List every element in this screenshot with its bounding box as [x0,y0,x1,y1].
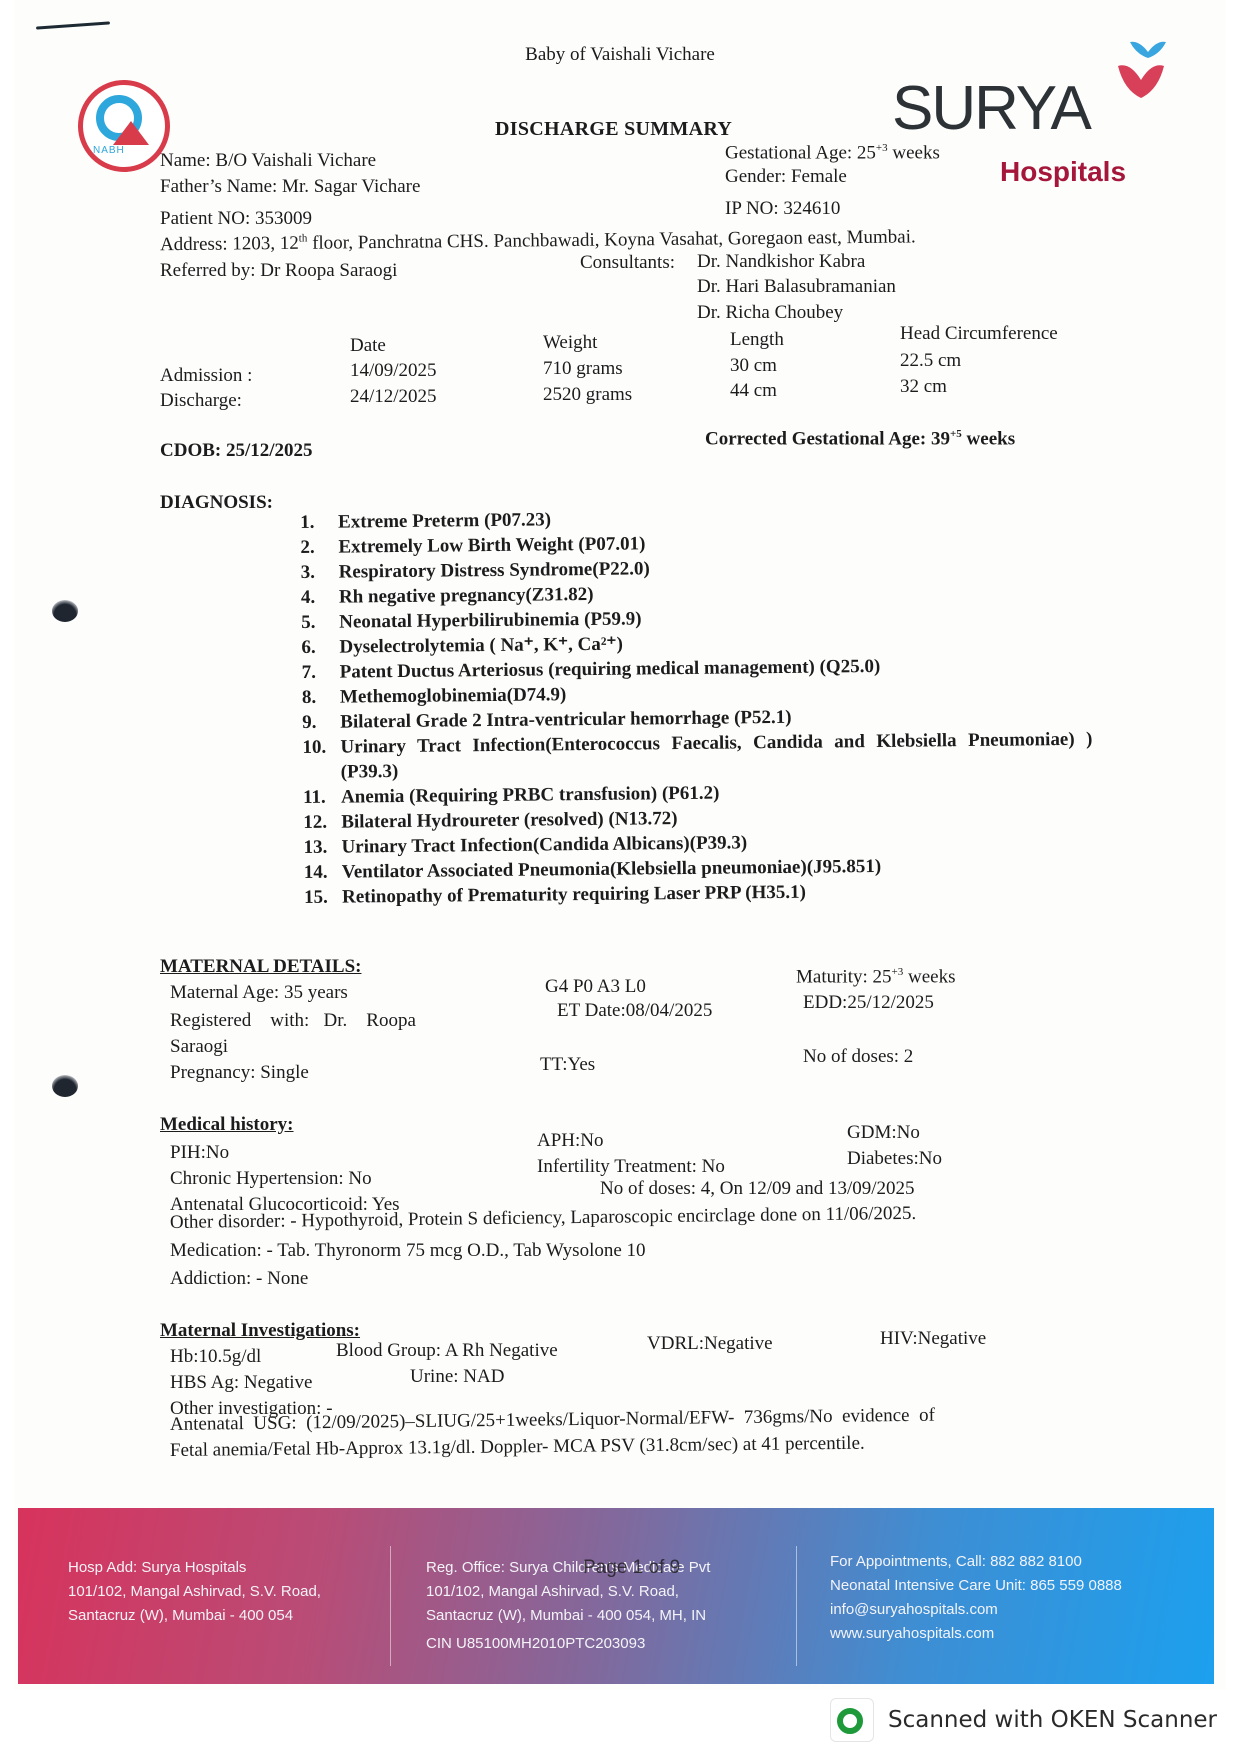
diagnosis-text: Patent Ductus Arteriosus (requiring medi… [340,656,881,683]
oken-scanner-logo-icon [830,1698,874,1742]
infertility-treatment: Infertility Treatment: No [537,1156,725,1178]
maturity: Maturity: 25+3 weeks [796,966,955,988]
diagnosis-text: Ventilator Associated Pneumonia(Klebsiel… [342,856,882,883]
diagnosis-text: Anemia (Requiring PRBC transfusion) (P61… [341,783,720,808]
maternal-investigations-title: Maternal Investigations: [160,1320,360,1342]
medication: Medication: - Tab. Thyronorm 75 mcg O.D.… [170,1240,646,1262]
blood-group: Blood Group: A Rh Negative [336,1340,558,1362]
admission-label: Admission : [160,365,252,387]
gender: Gender: Female [725,166,847,188]
gpal: G4 P0 A3 L0 [545,976,646,998]
diagnosis-number: 3. [301,560,316,585]
urine: Urine: NAD [410,1366,504,1388]
hiv: HIV:Negative [880,1328,986,1350]
registered-with: Registered with: Dr. Roopa [170,1010,416,1032]
hospital-address: Hosp Add: Surya Hospitals101/102, Mangal… [68,1556,321,1628]
col-header-length: Length [730,329,784,351]
aph: APH:No [537,1130,604,1152]
diagnosis-text: Respiratory Distress Syndrome(P22.0) [339,558,650,582]
surya-logo-subtext: Hospitals [1000,156,1126,188]
discharge-label: Discharge: [160,390,242,412]
diagnosis-number: 10. [302,735,326,760]
diagnosis-text: Bilateral Hydroureter (resolved) (N13.72… [341,808,678,833]
diagnosis-list: 1.Extreme Preterm (P07.23)2.Extremely Lo… [300,502,1094,910]
diagnosis-number: 4. [301,585,316,610]
glucocorticoid-doses: No of doses: 4, On 12/09 and 13/09/2025 [600,1178,915,1200]
col-header-head-circumference: Head Circumference [900,323,1058,345]
diagnosis-number: 9. [302,710,317,735]
diagnosis-text: Dyselectrolytemia ( Na⁺, K⁺, Ca²⁺) [339,634,623,658]
admission-weight: 710 grams [543,358,623,380]
punch-hole-icon [52,1075,78,1097]
diagnosis-number: 1. [300,510,315,535]
edd: EDD:25/12/2025 [803,992,934,1014]
diagnosis-text: Bilateral Grade 2 Intra-ventricular hemo… [340,707,792,733]
diagnosis-text: Neonatal Hyperbilirubinemia (P59.9) [339,608,642,632]
vdrl: VDRL:Negative [647,1333,773,1355]
tt-doses: No of doses: 2 [803,1046,913,1068]
hospital-footer-band: Hosp Add: Surya Hospitals101/102, Mangal… [18,1508,1214,1684]
patient-name: Name: B/O Vaishali Vichare [160,150,376,172]
diagnosis-number: 12. [303,810,327,835]
diagnosis-number: 6. [301,635,316,660]
punch-hole-icon [52,600,78,622]
contact-info: For Appointments, Call: 882 882 8100Neon… [830,1550,1122,1646]
diagnosis-text: Urinary Tract Infection(Candida Albicans… [341,832,747,857]
consultant-name: Dr. Richa Choubey [697,302,843,324]
nabh-accreditation-seal-icon: NABH [78,80,170,172]
diagnosis-number: 7. [302,660,317,685]
diagnosis-text: Urinary Tract Infection(Enterococcus Fae… [340,729,1092,783]
diagnosis-text: Methemoglobinemia(D74.9) [340,684,567,707]
scanner-watermark: Scanned with OKEN Scanner [830,1692,1217,1748]
pregnancy-type: Pregnancy: Single [170,1062,309,1084]
page-number: Page 1 of 9 [583,1556,680,1580]
surya-heart-icon [1118,62,1164,98]
admission-head-circumference: 22.5 cm [900,350,961,372]
medical-history-title: Medical history: [160,1114,294,1136]
surya-logo-text: SURYA [892,78,1090,140]
registered-with-cont: Saraogi [170,1036,228,1058]
discharge-length: 44 cm [730,380,777,402]
discharge-date: 24/12/2025 [350,386,437,408]
consultant-name: Dr. Nandkishor Kabra [697,251,865,273]
footer-divider [390,1546,391,1666]
consultants-label: Consultants: [580,252,675,274]
et-date: ET Date:08/04/2025 [557,1000,712,1022]
ip-number: IP NO: 324610 [725,198,840,220]
discharge-weight: 2520 grams [543,384,632,406]
cdob: CDOB: 25/12/2025 [160,440,313,462]
addiction: Addiction: - None [170,1268,308,1290]
diagnosis-number: 13. [303,835,327,860]
pih: PIH:No [170,1142,229,1164]
col-header-weight: Weight [543,332,597,354]
document-title: DISCHARGE SUMMARY [495,118,732,141]
footer-divider [796,1546,797,1666]
maternal-details-title: MATERNAL DETAILS: [160,956,361,978]
scanner-watermark-text: Scanned with OKEN Scanner [888,1707,1217,1733]
referred-by: Referred by: Dr Roopa Saraogi [160,260,397,282]
diagnosis-number: 2. [300,535,315,560]
diagnosis-number: 11. [303,785,326,810]
gestational-age: Gestational Age: 25+3 weeks [725,142,940,164]
consultant-name: Dr. Hari Balasubramanian [697,276,896,298]
admission-length: 30 cm [730,355,777,377]
patient-number: Patient NO: 353009 [160,208,312,230]
gdm: GDM:No [847,1122,920,1144]
col-header-date: Date [350,335,386,357]
maternal-age: Maternal Age: 35 years [170,982,348,1004]
chronic-hypertension: Chronic Hypertension: No [170,1168,372,1190]
diagnosis-item: 10.Urinary Tract Infection(Enterococcus … [302,727,1092,785]
discharge-head-circumference: 32 cm [900,376,947,398]
surya-heart-icon [1130,40,1166,58]
father-name: Father’s Name: Mr. Sagar Vichare [160,176,420,198]
diagnosis-text: Extremely Low Birth Weight (P07.01) [338,533,645,557]
diagnosis-number: 5. [301,610,316,635]
hb: Hb:10.5g/dl [170,1346,261,1368]
hbs-ag: HBS Ag: Negative [170,1372,313,1394]
diabetes: Diabetes:No [847,1148,942,1170]
diagnosis-title: DIAGNOSIS: [160,492,273,514]
diagnosis-number: 15. [304,885,328,910]
diagnosis-text: Retinopathy of Prematurity requiring Las… [342,882,806,908]
corrected-gestational-age: Corrected Gestational Age: 39+5 weeks [705,428,1015,450]
diagnosis-number: 14. [304,860,328,885]
baby-name-header: Baby of Vaishali Vichare [0,44,1240,66]
diagnosis-text: Extreme Preterm (P07.23) [338,509,551,532]
admission-date: 14/09/2025 [350,360,437,382]
tt-status: TT:Yes [540,1054,595,1076]
diagnosis-text: Rh negative pregnancy(Z31.82) [339,584,594,608]
diagnosis-number: 8. [302,685,317,710]
